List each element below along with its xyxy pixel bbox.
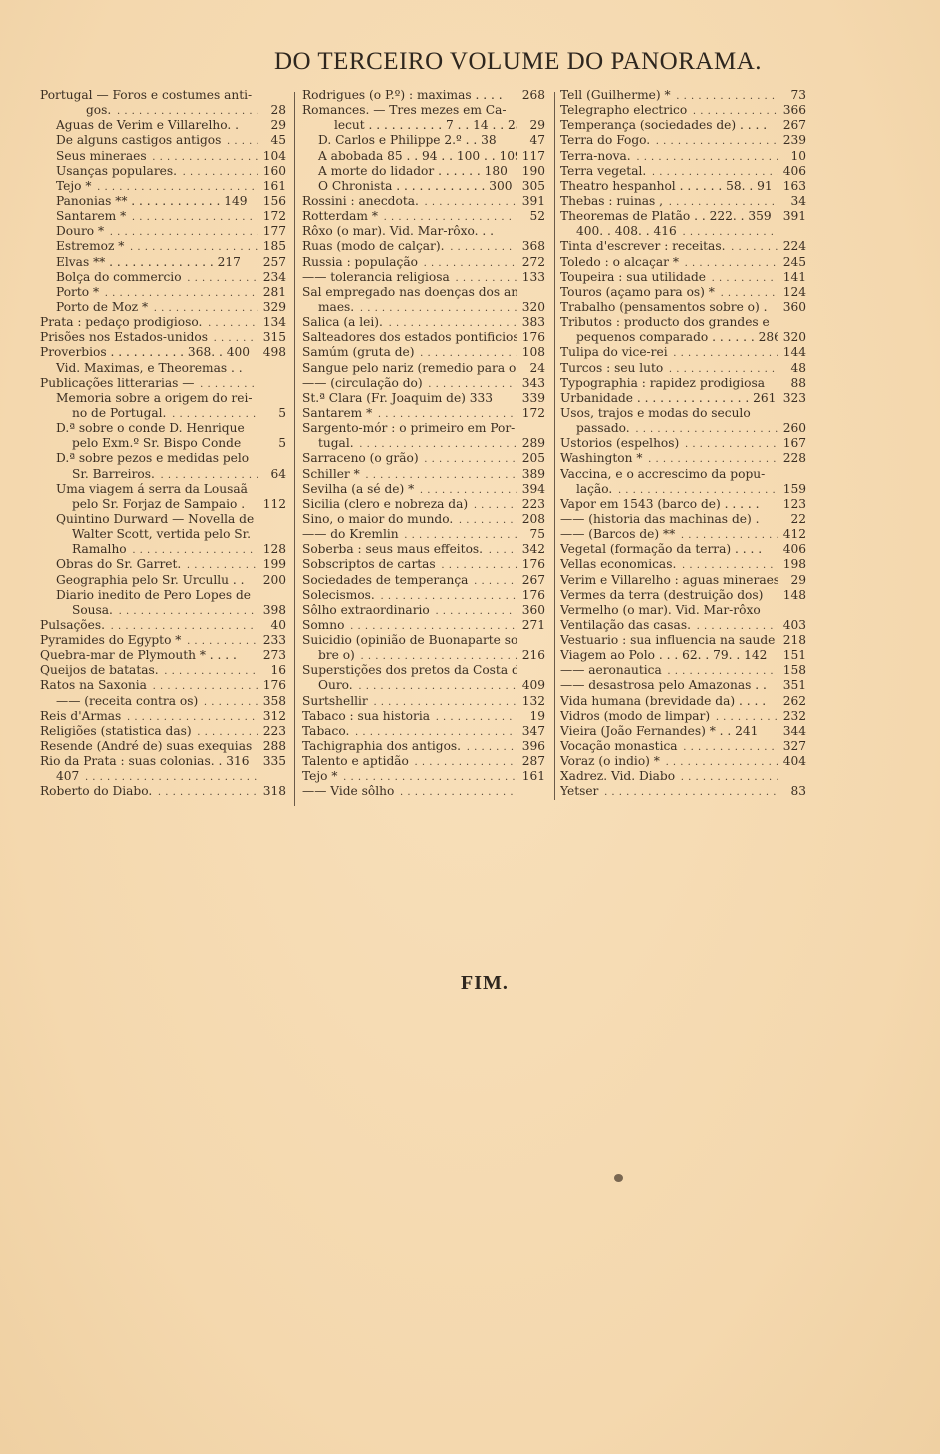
entry-page-number: 200 [258,573,286,588]
entry-page-number: 223 [517,497,545,512]
index-entry: —— tolerancia religiosa133 [302,270,545,285]
ink-speck [614,1174,623,1182]
entry-label: Surtshellir [302,694,517,710]
index-entry: Roberto do Diabo.318 [40,784,286,799]
entry-page-number: 28 [258,103,286,118]
index-entry: Tejo *161 [302,769,545,784]
entry-label: Typographia : rapidez prodigiosa [560,376,778,391]
index-entry: Temperança (sociedades de) . . . .267 [560,118,806,133]
index-entry: Sangue pelo nariz (remedio para o)24 [302,361,545,376]
entry-text: O Chronista . . . . . . . . . . . . 300 [318,179,514,193]
entry-text: Santarem * [56,209,128,223]
index-entry: Toupeira : sua utilidade141 [560,270,806,285]
entry-label: Rotterdam * [302,209,517,225]
index-entry: —— (historia das machinas de) .22 [560,512,806,527]
entry-page-number: 34 [778,194,806,209]
entry-text: pelo Exm.º Sr. Bispo Conde [72,436,243,450]
index-entry: Vermes da terra (destruição dos)148 [560,588,806,603]
entry-label: D. Carlos e Philippe 2.º . . 38 [302,133,517,148]
entry-text: Talento e aptidão [302,754,411,768]
entry-label: Panonias ** . . . . . . . . . . . . 149 [40,194,258,209]
index-column-1: Portugal — Foros e costumes anti-gos.28A… [40,88,286,800]
index-entry: Publicações litterarias — [40,376,286,391]
entry-label: Tulipa do vice-rei [560,345,778,361]
entry-page-number: 260 [778,421,806,436]
entry-label: Terra-nova. [560,149,778,165]
index-entry: Diario inedito de Pero Lopes de [40,588,286,603]
index-entry: no de Portugal.5 [40,406,286,421]
entry-text: —— Vide sôlho [302,784,396,798]
entry-label: Sargento-mór : o primeiro em Por- [302,421,517,436]
index-entry: Somno271 [302,618,545,633]
entry-page-number: 64 [258,467,286,482]
entry-label: pelo Exm.º Sr. Bispo Conde [40,436,258,451]
entry-page-number: 360 [778,300,806,315]
entry-text: Vidros (modo de limpar) [560,709,712,723]
index-entry: Pulsações.40 [40,618,286,633]
entry-label: Touros (açamo para os) * [560,285,778,301]
entry-page-number: 262 [778,694,806,709]
index-entry: —— (receita contra os)358 [40,694,286,709]
entry-page-number: 216 [517,648,545,663]
entry-page-number: 29 [778,573,806,588]
entry-label: Prisões nos Estados-unidos [40,330,258,346]
entry-label: Rodrigues (o P.º) : maximas . . . . [302,88,517,103]
index-entry: Ramalho128 [40,542,286,557]
index-entry: Salteadores dos estados pontificios176 [302,330,545,345]
index-entry: Surtshellir132 [302,694,545,709]
entry-page-number: 288 [258,739,286,754]
entry-page-number: 190 [517,164,545,179]
index-entry: lação.159 [560,482,806,497]
entry-page-number: 396 [517,739,545,754]
entry-text: Rotterdam * [302,209,380,223]
entry-text: Vermes da terra (destruição dos) [560,588,765,602]
entry-page-number: 403 [778,618,806,633]
entry-label: Portugal — Foros e costumes anti- [40,88,258,103]
entry-page-number: 123 [778,497,806,512]
entry-text: Toledo : o alcaçar * [560,255,681,269]
index-entry: Portugal — Foros e costumes anti- [40,88,286,103]
entry-text: Russia : população [302,255,420,269]
entry-text: Telegrapho electrico [560,103,689,117]
entry-text: Tejo * [302,769,339,783]
entry-page-number: 391 [778,209,806,224]
entry-label: Religiões (statistica das) [40,724,258,740]
entry-text: Seus mineraes [56,149,149,163]
entry-text: Vermelho (o mar). Vid. Mar-rôxo [560,603,763,617]
index-entry: Solecismos.176 [302,588,545,603]
index-entry: Queijos de batatas.16 [40,663,286,678]
entry-text: Usanças populares. [56,164,179,178]
entry-text: —— desastrosa pelo Amazonas . . [560,678,769,692]
entry-text: Vocação monastica [560,739,680,753]
entry-page-number: 124 [778,285,806,300]
index-entry: Sino, o maior do mundo.208 [302,512,545,527]
index-entry: Ratos na Saxonia176 [40,678,286,693]
entry-label: Ustorios (espelhos) [560,436,778,452]
entry-page-number: 335 [258,754,286,769]
index-entry: Toledo : o alcaçar *245 [560,255,806,270]
entry-text: passado. [576,421,632,435]
entry-label: A abobada 85 . . 94 . . 100 . . 109 [302,149,517,164]
entry-text: Sociedades de temperança [302,573,470,587]
entry-label: Sino, o maior do mundo. [302,512,517,528]
index-entry: —— desastrosa pelo Amazonas . .351 [560,678,806,693]
entry-label: —— do Kremlin [302,527,517,543]
entry-page-number: 172 [517,406,545,421]
index-entry: Yetser83 [560,784,806,799]
index-column-3: Tell (Guilherme) *73Telegrapho electrico… [560,88,806,800]
entry-text: Vapor em 1543 (barco de) . . . . . [560,497,762,511]
entry-label: —— Vide sôlho [302,784,517,800]
entry-label: Trabalho (pensamentos sobre o) . [560,300,778,315]
index-entry: Ruas (modo de calçar).368 [302,239,545,254]
entry-label: Reis d'Armas [40,709,258,725]
index-entry: —— Vide sôlho [302,784,545,799]
entry-text: Sino, o maior do mundo. [302,512,455,526]
entry-text: Ustorios (espelhos) [560,436,681,450]
entry-label: lação. [560,482,778,498]
entry-page-number: 245 [778,255,806,270]
entry-text: Geographia pelo Sr. Urcullu . . [56,573,247,587]
entry-page-number: 234 [258,270,286,285]
index-entry: Tell (Guilherme) *73 [560,88,806,103]
index-entry: Talento e aptidão287 [302,754,545,769]
entry-text: Resende (André de) suas exequias [40,739,254,753]
index-entry: D. Carlos e Philippe 2.º . . 3847 [302,133,545,148]
index-entry: Vestuario : sua influencia na saude218 [560,633,806,648]
entry-page-number: 232 [778,709,806,724]
entry-label: —— aeronautica [560,663,778,679]
index-entry: Tejo *161 [40,179,286,194]
entry-page-number: 347 [517,724,545,739]
index-entry: Rio da Prata : suas colonias. . 316335 [40,754,286,769]
entry-label: De alguns castigos antigos [40,133,258,149]
entry-label: Tributos : producto dos grandes e [560,315,778,330]
entry-label: Romances. — Tres mezes em Ca- [302,103,517,118]
index-entry: D.ª sobre pezos e medidas pelo [40,451,286,466]
entry-label: —— (historia das machinas de) . [560,512,778,527]
entry-label: O Chronista . . . . . . . . . . . . 300 [302,179,517,194]
index-entry: Porto *281 [40,285,286,300]
entry-page-number: 5 [258,406,286,421]
entry-text: Pulsações. [40,618,107,632]
entry-page-number: 73 [778,88,806,103]
entry-page-number: 133 [517,270,545,285]
entry-label: Superstições dos pretos da Costa do [302,663,517,678]
end-mark: FIM. [0,972,940,995]
index-entry: Resende (André de) suas exequias288 [40,739,286,754]
index-entry: Vapor em 1543 (barco de) . . . . .123 [560,497,806,512]
entry-page-number: 329 [258,300,286,315]
entry-label: Samúm (gruta de) [302,345,517,361]
entry-page-number: 176 [517,557,545,572]
entry-page-number: 185 [258,239,286,254]
entry-page-number: 271 [517,618,545,633]
entry-label: —— (Barcos de) ** [560,527,778,543]
entry-label: Sousa. [40,603,258,619]
index-entry: Uma viagem á serra da Lousaã [40,482,286,497]
index-entry: gos.28 [40,103,286,118]
entry-page-number: 177 [258,224,286,239]
entry-label: A morte do lidador . . . . . . 180 [302,164,517,179]
entry-label: Elvas ** . . . . . . . . . . . . . . 217 [40,255,258,270]
index-entry: Superstições dos pretos da Costa do [302,663,545,678]
entry-label: Sociedades de temperança [302,573,517,589]
entry-page-number: 24 [517,361,545,376]
entry-page-number: 257 [258,255,286,270]
entry-label: Telegrapho electrico [560,103,778,119]
entry-page-number: 327 [778,739,806,754]
entry-page-number: 163 [778,179,806,194]
index-entry: Douro *177 [40,224,286,239]
index-entry: Walter Scott, vertida pelo Sr. [40,527,286,542]
entry-text: Tejo * [56,179,93,193]
entry-label: Rossini : anecdota. [302,194,517,210]
index-entry: Vaccina, e o accrescimo da popu- [560,467,806,482]
entry-label: Terra do Fogo. [560,133,778,149]
index-entry: Panonias ** . . . . . . . . . . . . 1491… [40,194,286,209]
index-entry: Aguas de Verim e Villarelho. .29 [40,118,286,133]
index-entry: Sousa.398 [40,603,286,618]
entry-page-number: 151 [778,648,806,663]
index-entry: pelo Exm.º Sr. Bispo Conde5 [40,436,286,451]
entry-text: Usos, trajos e modas do seculo [560,406,753,420]
index-entry: Prisões nos Estados-unidos315 [40,330,286,345]
entry-text: Tributos : producto dos grandes e [560,315,772,329]
index-entry: Sr. Barreiros.64 [40,467,286,482]
entry-label: Viagem ao Polo . . . 62. . 79. . 142 [560,648,778,663]
entry-text: Diario inedito de Pero Lopes de [56,588,253,602]
entry-text: Publicações litterarias — [40,376,196,390]
entry-text: Suicidio (opinião de Buonaparte so- [302,633,517,647]
entry-text: lecut . . . . . . . . . . 7 . . 14 . . 2… [334,118,517,132]
entry-text: Tabaco. [302,724,351,738]
entry-label: 400. . 408. . 416 [560,224,778,240]
index-entry: Quintino Durward — Novella de [40,512,286,527]
entry-label: Usanças populares. [40,164,258,180]
entry-label: Tejo * [302,769,517,785]
entry-label: Vidros (modo de limpar) [560,709,778,725]
index-entry: Geographia pelo Sr. Urcullu . .200 [40,573,286,588]
entry-label: Thebas : ruinas , [560,194,778,210]
index-entry: Pyramides do Egypto *233 [40,633,286,648]
entry-page-number: 16 [258,663,286,678]
index-column-2: Rodrigues (o P.º) : maximas . . . .268Ro… [302,88,545,800]
index-entry: Tinta d'escrever : receitas.224 [560,239,806,254]
index-entry: Viagem ao Polo . . . 62. . 79. . 142151 [560,648,806,663]
entry-label: Douro * [40,224,258,240]
entry-text: Terra-nova. [560,149,633,163]
entry-label: Vellas economicas. [560,557,778,573]
entry-page-number: 172 [258,209,286,224]
entry-text: Voraz (o indio) * [560,754,662,768]
entry-label: Roberto do Diabo. [40,784,258,800]
entry-page-number: 391 [517,194,545,209]
index-entry: Russia : população272 [302,255,545,270]
entry-label: —— (receita contra os) [40,694,258,710]
entry-text: D.ª sobre o conde D. Henrique [56,421,247,435]
entry-page-number: 312 [258,709,286,724]
index-entry: Religiões (statistica das)223 [40,724,286,739]
entry-text: pelo Sr. Forjaz de Sampaio . [72,497,247,511]
entry-label: Aguas de Verim e Villarelho. . [40,118,258,133]
entry-text: Theatro hespanhol . . . . . . 58. . 91 [560,179,775,193]
entry-page-number: 22 [778,512,806,527]
entry-label: Geographia pelo Sr. Urcullu . . [40,573,258,588]
entry-label: Vermelho (o mar). Vid. Mar-rôxo [560,603,778,618]
index-entry: Prata : pedaço prodigioso.134 [40,315,286,330]
index-entry: Washington *228 [560,451,806,466]
entry-page-number: 47 [517,133,545,148]
entry-page-number: 406 [778,164,806,179]
entry-text: Portugal — Foros e costumes anti- [40,88,254,102]
entry-label: Quintino Durward — Novella de [40,512,258,527]
index-entry: Soberba : seus maus effeitos.342 [302,542,545,557]
entry-page-number: 144 [778,345,806,360]
index-entry: O Chronista . . . . . . . . . . . . 3003… [302,179,545,194]
entry-label: Estremoz * [40,239,258,255]
entry-page-number: 160 [258,164,286,179]
entry-label: Prata : pedaço prodigioso. [40,315,258,331]
entry-label: Suicidio (opinião de Buonaparte so- [302,633,517,648]
entry-label: Rôxo (o mar). Vid. Mar-rôxo. . . [302,224,517,239]
entry-text: —— (historia das machinas de) . [560,512,761,526]
entry-label: Tejo * [40,179,258,195]
entry-page-number: 167 [778,436,806,451]
index-entry: Terra-nova.10 [560,149,806,164]
entry-page-number: 239 [778,133,806,148]
entry-label: Walter Scott, vertida pelo Sr. [40,527,258,542]
entry-label: Vid. Maximas, e Theoremas . . [40,361,258,376]
index-entry: pelo Sr. Forjaz de Sampaio .112 [40,497,286,512]
entry-text: Vieira (João Fernandes) * . . 241 [560,724,760,738]
entry-text: Tulipa do vice-rei [560,345,670,359]
entry-text: Tell (Guilherme) * [560,88,673,102]
entry-text: Solecismos. [302,588,377,602]
entry-label: Turcos : seu luto [560,361,778,377]
index-entry: Samúm (gruta de)108 [302,345,545,360]
entry-page-number: 404 [778,754,806,769]
entry-text: Sangue pelo nariz (remedio para o) [302,361,517,375]
index-entry: Bolça do commercio234 [40,270,286,285]
entry-label: Toledo : o alcaçar * [560,255,778,271]
entry-page-number: 305 [517,179,545,194]
entry-page-number: 358 [258,694,286,709]
index-entry: Tributos : producto dos grandes e [560,315,806,330]
entry-text: —— aeronautica [560,663,664,677]
entry-text: Sarraceno (o grão) [302,451,421,465]
entry-label: Publicações litterarias — [40,376,258,392]
index-entry: —— do Kremlin75 [302,527,545,542]
entry-text: Quebra-mar de Plymouth * . . . . [40,648,239,662]
index-entry: A morte do lidador . . . . . . 180190 [302,164,545,179]
entry-page-number: 161 [258,179,286,194]
entry-page-number: 342 [517,542,545,557]
index-entry: Vida humana (brevidade da) . . . .262 [560,694,806,709]
entry-text: Temperança (sociedades de) . . . . [560,118,769,132]
entry-page-number: 117 [517,149,545,164]
entry-page-number: 320 [778,330,806,345]
index-entry: Porto de Moz *329 [40,300,286,315]
entry-page-number: 176 [517,588,545,603]
entry-text: maes. [318,300,356,314]
entry-text: gos. [86,103,113,117]
index-entry: Ouro.409 [302,678,545,693]
entry-page-number: 19 [517,709,545,724]
entry-page-number: 267 [778,118,806,133]
entry-text: Prata : pedaço prodigioso. [40,315,204,329]
entry-text: Religiões (statistica das) [40,724,194,738]
entry-text: —— (Barcos de) ** [560,527,677,541]
entry-text: Sevilha (a sé de) * [302,482,416,496]
entry-label: Vida humana (brevidade da) . . . . [560,694,778,709]
entry-text: Yetser [560,784,600,798]
entry-label: Vapor em 1543 (barco de) . . . . . [560,497,778,512]
entry-text: Soberba : seus maus effeitos. [302,542,485,556]
entry-text: Vid. Maximas, e Theoremas . . [56,361,245,375]
entry-label: Ramalho [40,542,258,558]
entry-label: Talento e aptidão [302,754,517,770]
entry-page-number: 134 [258,315,286,330]
entry-page-number: 75 [517,527,545,542]
entry-page-number: 267 [517,573,545,588]
index-entry: Sobscriptos de cartas176 [302,557,545,572]
entry-text: Somno [302,618,346,632]
index-entry: Estremoz *185 [40,239,286,254]
entry-text: Santarem * [302,406,374,420]
entry-label: Sr. Barreiros. [40,467,258,483]
entry-text: Schiller * [302,467,362,481]
entry-text: Ratos na Saxonia [40,678,149,692]
entry-text: Trabalho (pensamentos sobre o) . [560,300,770,314]
entry-label: tugal. [302,436,517,452]
entry-label: Sarraceno (o grão) [302,451,517,467]
entry-page-number: 273 [258,648,286,663]
entry-text: no de Portugal. [72,406,168,420]
entry-text: Touros (açamo para os) * [560,285,717,299]
index-entry: Reis d'Armas312 [40,709,286,724]
index-entry: Santarem *172 [40,209,286,224]
entry-page-number: 208 [517,512,545,527]
entry-page-number: 498 [258,345,286,360]
entry-page-number: 158 [778,663,806,678]
entry-page-number: 132 [517,694,545,709]
index-entry: Usos, trajos e modas do seculo [560,406,806,421]
entry-label: Ouro. [302,678,517,694]
index-entry: Ventilação das casas.403 [560,618,806,633]
entry-label: Urbanidade . . . . . . . . . . . . . . .… [560,391,778,406]
entry-text: Superstições dos pretos da Costa do [302,663,517,677]
entry-page-number: 148 [778,588,806,603]
entry-page-number: 366 [778,103,806,118]
entry-label: —— (circulação do) [302,376,517,392]
entry-label: Solecismos. [302,588,517,604]
entry-label: Uma viagem á serra da Lousaã [40,482,258,497]
entry-text: Tinta d'escrever : receitas. [560,239,727,253]
entry-text: Romances. — Tres mezes em Ca- [302,103,508,117]
entry-text: Tachigraphia dos antigos. [302,739,463,753]
entry-text: Quintino Durward — Novella de [56,512,256,526]
entry-label: Diario inedito de Pero Lopes de [40,588,258,603]
entry-page-number: 218 [778,633,806,648]
entry-page-number: 161 [517,769,545,784]
entry-text: Sicilia (clero e nobreza da) [302,497,470,511]
entry-text: Bolça do commercio [56,270,184,284]
entry-label: maes. [302,300,517,316]
entry-label: Theoremas de Platão . . 222. . 359 [560,209,778,224]
